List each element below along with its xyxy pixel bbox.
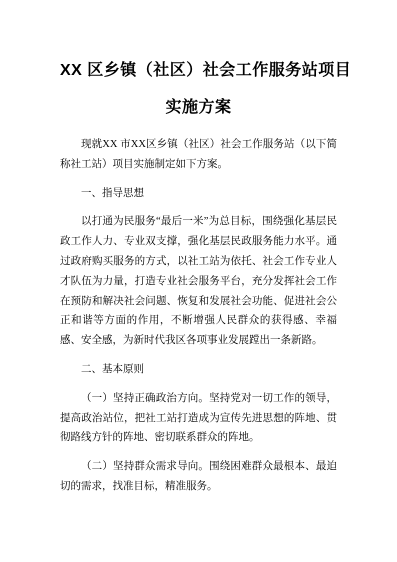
section-heading-basic-principles: 二、基本原则 <box>60 360 337 380</box>
principle-paragraph-1: （一）坚持正确政治方向。坚持党对一切工作的领导，提高政治站位，把社工站打造成为宣… <box>60 389 337 448</box>
document-page: XX 区乡镇（社区）社会工作服务站项目 实施方案 现就XX 市XX区乡镇（社区）… <box>0 0 397 562</box>
page-title-line-2: 实施方案 <box>60 89 337 126</box>
section-heading-guiding-ideology: 一、指导思想 <box>60 184 337 204</box>
guiding-ideology-paragraph: 以打通为民服务“最后一米”为总目标，围绕强化基层民政工作人力、专业双支撑，强化基… <box>60 212 337 351</box>
principle-paragraph-2: （二）坚持群众需求导向。围绕困难群众最根本、最迫切的需求，找准目标，精准服务。 <box>60 457 337 497</box>
intro-paragraph: 现就XX 市XX区乡镇（社区）社会工作服务站（以下简称社工站）项目实施制定如下方… <box>60 135 337 175</box>
page-title: XX 区乡镇（社区）社会工作服务站项目 实施方案 <box>60 52 337 126</box>
page-title-line-1: XX 区乡镇（社区）社会工作服务站项目 <box>60 52 337 89</box>
